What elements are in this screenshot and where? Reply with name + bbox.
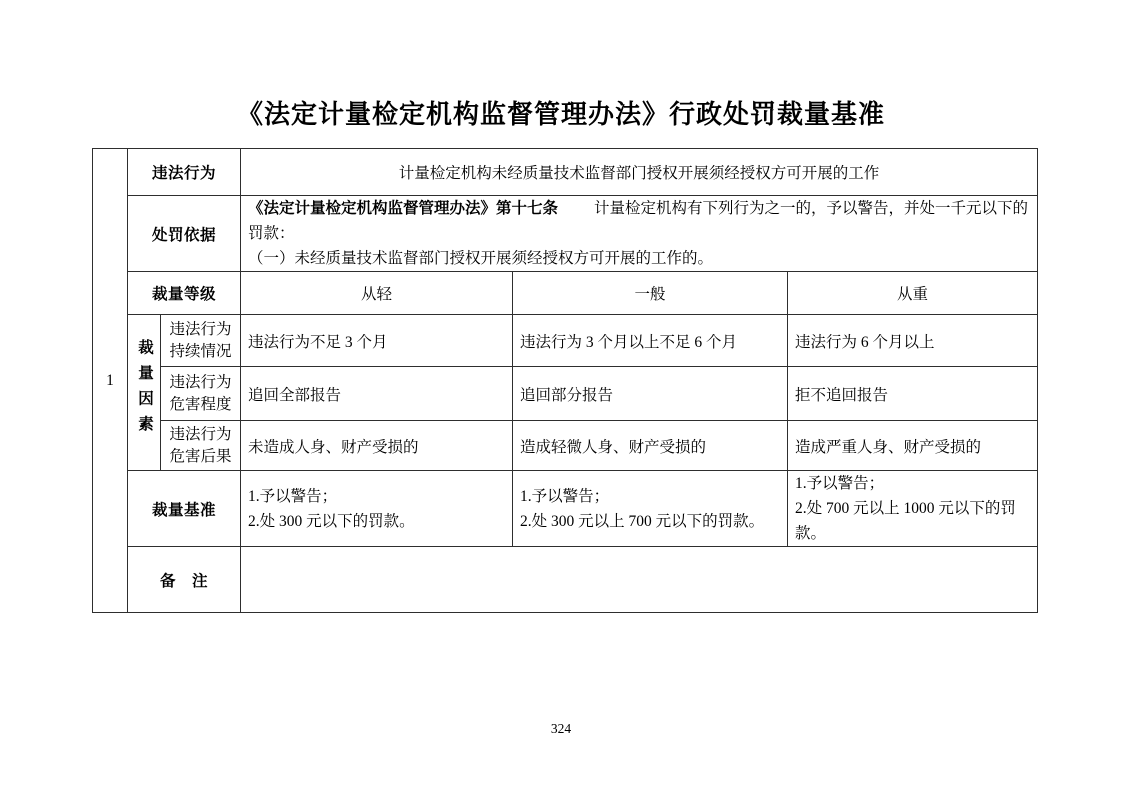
row-factor-degree: 违法行为危害程度 追回全部报告 追回部分报告 拒不追回报告 (93, 367, 1038, 421)
factor-degree-light: 追回全部报告 (241, 367, 513, 421)
illegal-act-label: 违法行为 (128, 149, 241, 196)
row-illegal-act: 1 违法行为 计量检定机构未经质量技术监督部门授权开展须经授权方可开展的工作 (93, 149, 1038, 196)
level-general: 一般 (513, 272, 788, 315)
remark-content (241, 547, 1038, 613)
level-light: 从轻 (241, 272, 513, 315)
page-number: 324 (0, 721, 1122, 737)
penalty-basis-line2: （一）未经质量技术监督部门授权开展须经授权方可开展的工作的。 (248, 246, 1031, 271)
benchmark-general-line2: 2.处 300 元以上 700 元以下的罚款。 (520, 509, 781, 534)
page-title: 《法定计量检定机构监督管理办法》行政处罚裁量基准 (0, 94, 1122, 131)
row-index: 1 (93, 149, 128, 613)
penalty-discretion-table: 1 违法行为 计量检定机构未经质量技术监督部门授权开展须经授权方可开展的工作 处… (92, 148, 1038, 613)
factor-consequence-general: 造成轻微人身、财产受损的 (513, 421, 788, 471)
benchmark-general: 1.予以警告； 2.处 300 元以上 700 元以下的罚款。 (513, 471, 788, 547)
factor-duration-heavy: 违法行为 6 个月以上 (788, 315, 1038, 367)
discretion-factors-label-cell: 裁量因素 (128, 315, 161, 471)
illegal-act-content: 计量检定机构未经质量技术监督部门授权开展须经授权方可开展的工作 (241, 149, 1038, 196)
level-heavy: 从重 (788, 272, 1038, 315)
row-penalty-basis: 处罚依据 《法定计量检定机构监督管理办法》第十七条计量检定机构有下列行为之一的，… (93, 196, 1038, 272)
factor-degree-general: 追回部分报告 (513, 367, 788, 421)
remark-label: 备 注 (128, 547, 241, 613)
factor-duration-name: 违法行为持续情况 (161, 315, 241, 367)
factor-duration-light: 违法行为不足 3 个月 (241, 315, 513, 367)
benchmark-heavy-line1: 1.予以警告； (795, 471, 1031, 496)
row-remark: 备 注 (93, 547, 1038, 613)
benchmark-general-line1: 1.予以警告； (520, 484, 781, 509)
row-benchmark: 裁量基准 1.予以警告； 2.处 300 元以下的罚款。 1.予以警告； 2.处… (93, 471, 1038, 547)
benchmark-light-line2: 2.处 300 元以下的罚款。 (248, 509, 506, 534)
row-discretion-level: 裁量等级 从轻 一般 从重 (93, 272, 1038, 315)
discretion-factors-label: 裁量因素 (133, 339, 155, 441)
factor-degree-name: 违法行为危害程度 (161, 367, 241, 421)
benchmark-light: 1.予以警告； 2.处 300 元以下的罚款。 (241, 471, 513, 547)
benchmark-label: 裁量基准 (128, 471, 241, 547)
factor-duration-general: 违法行为 3 个月以上不足 6 个月 (513, 315, 788, 367)
row-factor-consequence: 违法行为危害后果 未造成人身、财产受损的 造成轻微人身、财产受损的 造成严重人身… (93, 421, 1038, 471)
factor-degree-heavy: 拒不追回报告 (788, 367, 1038, 421)
benchmark-light-line1: 1.予以警告； (248, 484, 506, 509)
discretion-level-label: 裁量等级 (128, 272, 241, 315)
factor-consequence-name: 违法行为危害后果 (161, 421, 241, 471)
penalty-basis-content: 《法定计量检定机构监督管理办法》第十七条计量检定机构有下列行为之一的，予以警告，… (241, 196, 1038, 272)
factor-consequence-heavy: 造成严重人身、财产受损的 (788, 421, 1038, 471)
benchmark-heavy: 1.予以警告； 2.处 700 元以上 1000 元以下的罚款。 (788, 471, 1038, 547)
penalty-basis-citation: 《法定计量检定机构监督管理办法》第十七条 (248, 200, 558, 217)
penalty-basis-line1: 《法定计量检定机构监督管理办法》第十七条计量检定机构有下列行为之一的，予以警告，… (248, 196, 1031, 246)
row-factor-duration: 裁量因素 违法行为持续情况 违法行为不足 3 个月 违法行为 3 个月以上不足 … (93, 315, 1038, 367)
factor-consequence-light: 未造成人身、财产受损的 (241, 421, 513, 471)
benchmark-heavy-line2: 2.处 700 元以上 1000 元以下的罚款。 (795, 496, 1031, 546)
penalty-basis-label: 处罚依据 (128, 196, 241, 272)
